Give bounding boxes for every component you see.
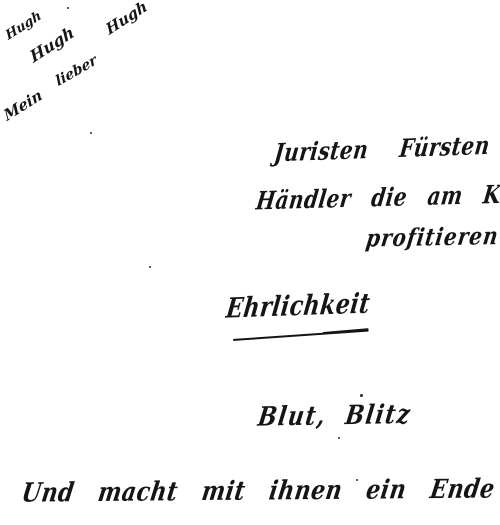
ink-speck [338, 437, 340, 439]
handwriting-line-profitieren: profitieren [365, 224, 500, 250]
corner-word-lieber: lieber [54, 53, 99, 89]
ink-speck [90, 132, 92, 134]
handwriting-line-haendler-krieg: Händler die am Krieg [255, 180, 500, 213]
corner-word-hugh-2: Hugh [28, 24, 76, 66]
handwriting-line-und-macht-ende: Und macht mit ihnen ein Ende [20, 476, 497, 507]
ink-speck [356, 479, 358, 481]
corner-word-hugh-1: Hugh [4, 9, 43, 43]
corner-word-hugh-3: Hugh [104, 0, 149, 38]
ink-speck [67, 7, 69, 9]
handwriting-line-blut-blitz: Blut, Blitz [256, 401, 413, 430]
corner-word-mein: Mein [2, 87, 44, 124]
handwriting-word-ehrlichkeit: Ehrlichkeit [225, 290, 372, 323]
handwriting-line-juristen-fuersten: Juristen Fürsten [273, 132, 492, 165]
ehrlichkeit-underline [233, 330, 369, 341]
ink-speck [360, 394, 363, 397]
manuscript-page: Hugh Hugh Mein lieber Hugh Juristen Fürs… [0, 0, 500, 525]
ink-speck [149, 266, 151, 268]
